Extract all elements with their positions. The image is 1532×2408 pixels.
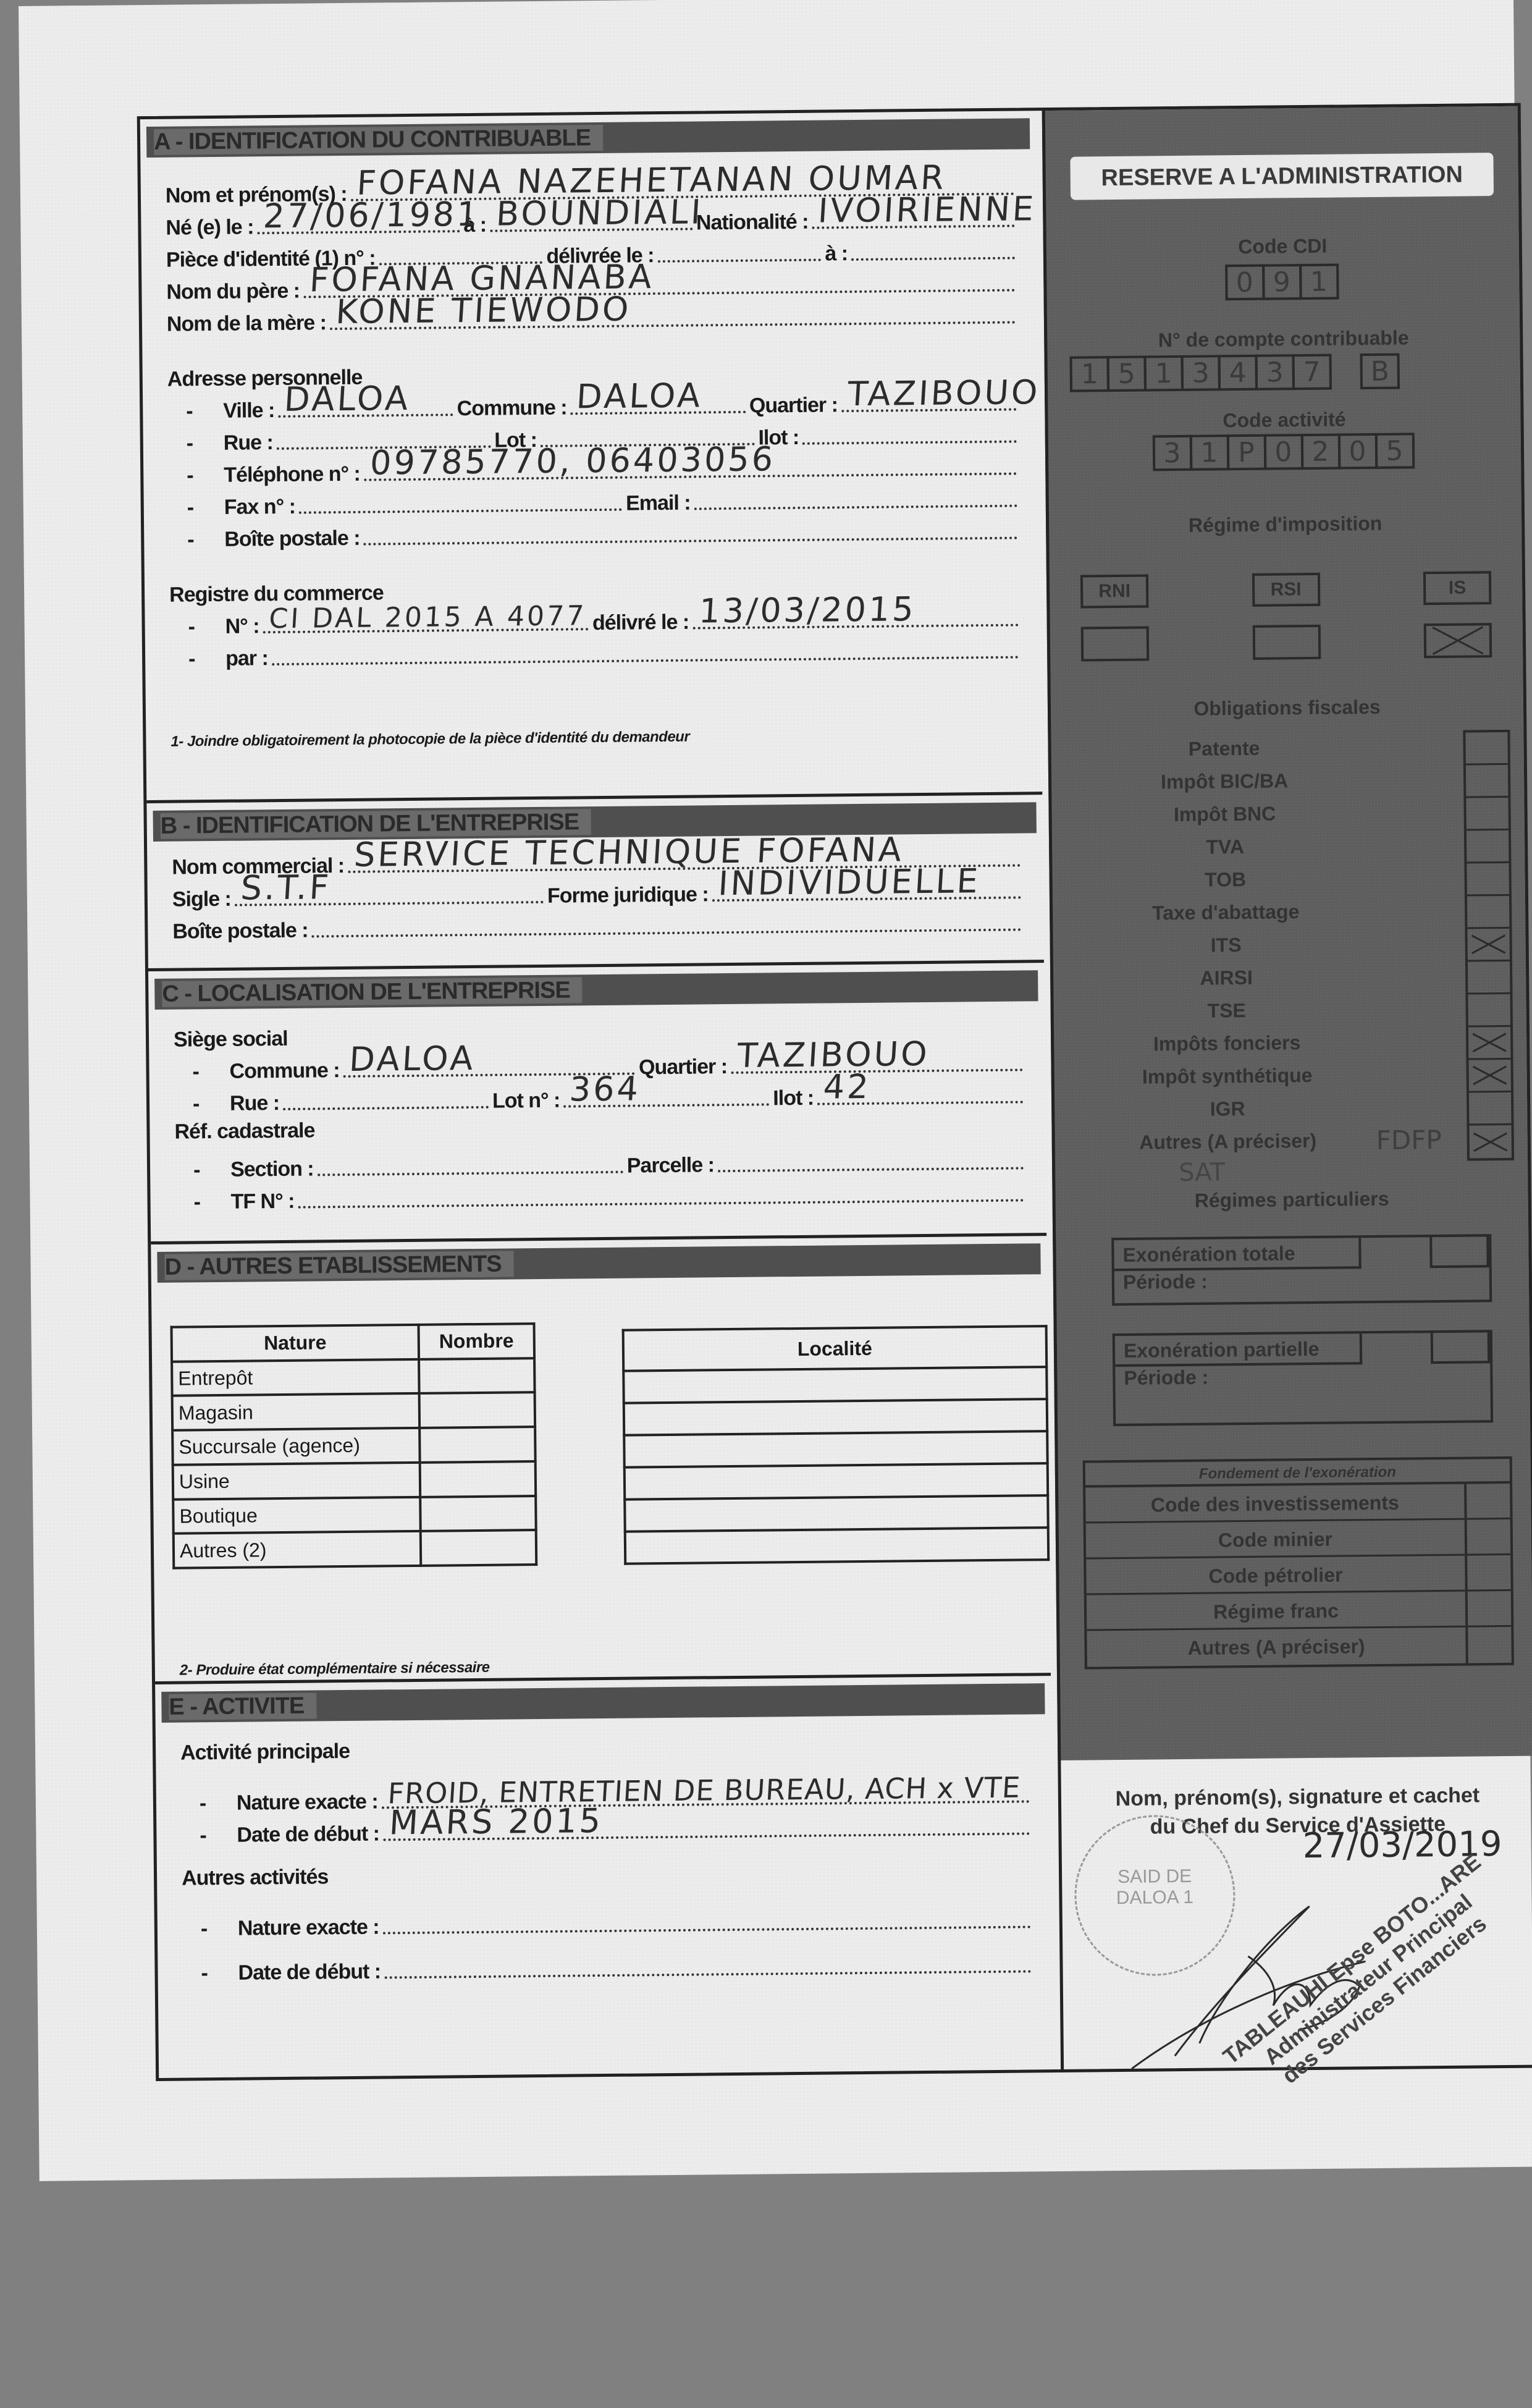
autres-nature-value[interactable]	[382, 1903, 1031, 1934]
ville-value: DALOA	[283, 379, 411, 419]
nationalite-value: IVOIRIENNE	[817, 189, 1037, 230]
table-row: Boutique	[173, 1496, 536, 1534]
registre-numero-value: CI DAL 2015 A 4077	[268, 600, 587, 635]
localite-cell[interactable]	[625, 1527, 1049, 1564]
delivree-le-value[interactable]	[657, 237, 821, 263]
etablissements-table: NatureNombre Entrepôt Magasin Succursale…	[170, 1322, 538, 1569]
fax-value[interactable]	[299, 486, 623, 514]
autres-activites-heading: Autres activités	[182, 1858, 1053, 1891]
rni-checkbox[interactable]	[1081, 626, 1150, 661]
section-d: D - AUTRES ETABLISSEMENTS NatureNombre E…	[151, 1243, 1051, 1684]
telephone-value: 09785770, 06403056	[369, 439, 777, 482]
regime-options: RNI RSI IS	[1080, 571, 1492, 661]
section-d-footnote: 2- Produire état complémentaire si néces…	[180, 1654, 1051, 1679]
code-cdi-label: Code CDI	[1046, 233, 1519, 260]
c-ilot-value: 42	[822, 1067, 872, 1107]
table-row: Entrepôt	[172, 1358, 534, 1396]
field-autres-nature[interactable]: -Nature exacte :	[238, 1901, 1035, 1940]
nombre-cell[interactable]	[419, 1392, 535, 1427]
autres-date-value[interactable]	[384, 1948, 1032, 1979]
table-row: Succursale (agence)	[172, 1427, 535, 1464]
c-parcelle-value[interactable]	[718, 1144, 1024, 1172]
table-row	[625, 1495, 1048, 1532]
exo-totale-checkbox[interactable]	[1429, 1234, 1489, 1268]
regime-rsi[interactable]: RSI	[1252, 573, 1320, 660]
section-c: C - LOCALISATION DE L'ENTREPRISE Siège s…	[148, 970, 1046, 1244]
c-lot-value: 364	[568, 1069, 642, 1109]
table-row	[625, 1527, 1049, 1564]
igr-checkbox[interactable]	[1469, 1092, 1512, 1126]
taxpayer-column: A - IDENTIFICATION DU CONTRIBUABLE Nom e…	[140, 111, 1054, 2078]
regime-is[interactable]: IS	[1423, 571, 1492, 658]
its-checkbox-checked[interactable]	[1467, 929, 1510, 962]
nombre-cell[interactable]	[419, 1358, 534, 1393]
form-page: A - IDENTIFICATION DU CONTRIBUABLE Nom e…	[19, 0, 1532, 2181]
code-activite-label: Code activité	[1048, 407, 1520, 434]
delivree-a-value[interactable]	[851, 235, 1015, 261]
bnc-checkbox[interactable]	[1466, 798, 1509, 831]
fondement-checkbox[interactable]	[1468, 1591, 1512, 1626]
fondement-row: Autres (A préciser)	[1087, 1627, 1512, 1667]
table-row	[623, 1367, 1047, 1403]
rsi-checkbox[interactable]	[1252, 625, 1321, 660]
obligations-label: Obligations fiscales	[1051, 695, 1523, 722]
admin-title: RESERVE A L'ADMINISTRATION	[1070, 153, 1494, 200]
exo-partielle-checkbox[interactable]	[1431, 1330, 1491, 1364]
localite-cell[interactable]	[624, 1431, 1048, 1468]
fondement-row: Code pétrolier	[1086, 1555, 1511, 1595]
table-row: Autres (2)	[174, 1530, 536, 1568]
field-boite-postale[interactable]: -Boîte postale :	[224, 512, 1021, 551]
quartier-value: TAZIBOUO	[846, 373, 1041, 413]
airsi-checkbox[interactable]	[1468, 961, 1510, 995]
fondement-checkbox[interactable]	[1468, 1627, 1512, 1663]
compte-key: B	[1360, 353, 1400, 390]
form-frame: A - IDENTIFICATION DU CONTRIBUABLE Nom e…	[137, 103, 1532, 2081]
c-commune-value: DALOA	[348, 1039, 476, 1079]
section-e-header: E - ACTIVITE	[161, 1683, 1045, 1723]
section-a-footnote: 1- Joindre obligatoirement la photocopie…	[170, 725, 1042, 751]
col-localite: Localité	[623, 1326, 1046, 1371]
obligations-checkboxes	[1463, 730, 1514, 1161]
localite-cell[interactable]	[625, 1495, 1048, 1532]
registre-par-value[interactable]	[272, 634, 1019, 666]
fondement-checkbox[interactable]	[1467, 1555, 1511, 1590]
registre-date-value: 13/03/2015	[697, 589, 917, 630]
localite-table: Localité	[621, 1325, 1050, 1565]
compte-contribuable-label: N° de compte contribuable	[1047, 326, 1520, 353]
c-section-value[interactable]	[317, 1149, 623, 1177]
ne-a-value: BOUNDIALI	[495, 192, 704, 233]
admin-panel: RESERVE A L'ADMINISTRATION Code CDI 0 9 …	[1042, 106, 1532, 1760]
regime-label: Régime d'imposition	[1049, 511, 1521, 538]
field-c-rue[interactable]: -Rue : Lot n° :364 Ilot :42	[230, 1076, 1027, 1115]
tse-checkbox[interactable]	[1468, 994, 1510, 1028]
synthetique-checkbox-checked[interactable]	[1468, 1060, 1511, 1093]
col-nature: Nature	[172, 1325, 419, 1362]
obligations-list: Patente Impôt BIC/BA Impôt BNC TVA TOB T…	[1051, 730, 1528, 1185]
section-d-header: D - AUTRES ETABLISSEMENTS	[157, 1243, 1040, 1283]
b-boite-postale-value[interactable]	[311, 906, 1021, 937]
boite-postale-value[interactable]	[363, 515, 1017, 546]
fondement-table: Fondement de l'exonération Code des inve…	[1083, 1456, 1514, 1670]
code-activite-boxes[interactable]: 3 1 P 0 2 0 5	[1048, 432, 1521, 472]
is-checkbox-checked[interactable]	[1424, 623, 1492, 658]
fondement-row: Code minier	[1086, 1519, 1511, 1560]
ilot-value[interactable]	[802, 418, 1017, 445]
compte-contribuable-boxes[interactable]: 1 5 1 3 4 3 7 B	[1072, 352, 1521, 392]
localite-cell[interactable]	[623, 1367, 1047, 1403]
section-a: A - IDENTIFICATION DU CONTRIBUABLE Nom e…	[140, 118, 1042, 803]
table-row	[625, 1463, 1048, 1500]
table-row	[624, 1399, 1048, 1435]
field-c-tf[interactable]: -TF N° :	[230, 1174, 1027, 1214]
section-e: E - ACTIVITE Activité principale -Nature…	[155, 1683, 1054, 2087]
fondement-row: Régime franc	[1087, 1591, 1512, 1631]
ne-le-value: 27/06/1981	[262, 195, 481, 235]
c-tf-value[interactable]	[298, 1177, 1024, 1208]
tob-checkbox[interactable]	[1467, 863, 1509, 897]
commune-value: DALOA	[576, 376, 704, 416]
tva-checkbox[interactable]	[1467, 830, 1509, 864]
abattage-checkbox[interactable]	[1467, 896, 1510, 929]
email-value[interactable]	[694, 483, 1017, 510]
signature-area: Nom, prénom(s), signature et cachet du C…	[1058, 1756, 1532, 2072]
c-rue-value[interactable]	[283, 1084, 489, 1110]
section-b: B - IDENTIFICATION DE L'ENTREPRISE Nom c…	[147, 802, 1044, 971]
regimes-particuliers-label: Régimes particuliers	[1055, 1186, 1528, 1214]
field-registre-par[interactable]: -par :	[225, 631, 1022, 670]
regime-rni[interactable]: RNI	[1080, 574, 1149, 661]
nombre-cell[interactable]	[420, 1496, 536, 1531]
sigle-value: S.T.F	[240, 868, 332, 907]
section-c-header: C - LOCALISATION DE L'ENTREPRISE	[154, 970, 1038, 1010]
table-row: Magasin	[172, 1392, 535, 1430]
fondement-checkbox[interactable]	[1467, 1484, 1510, 1518]
nombre-cell[interactable]	[419, 1427, 535, 1462]
patente-checkbox[interactable]	[1465, 732, 1508, 766]
nombre-cell[interactable]	[421, 1530, 536, 1566]
fondement-checkbox[interactable]	[1467, 1519, 1511, 1554]
table-row	[624, 1431, 1048, 1468]
code-cdi-boxes[interactable]: 0 9 1	[1046, 262, 1520, 302]
col-nombre: Nombre	[419, 1324, 534, 1359]
autres-handwritten: FDFP	[1376, 1123, 1441, 1157]
exo-totale-box: Exonération totale Période :	[1111, 1234, 1492, 1306]
date-debut-value: MARS 2015	[388, 1801, 604, 1842]
cadastre-heading: Réf. cadastrale	[174, 1112, 1045, 1144]
nom-mere-value: KONE TIEWODO	[335, 289, 632, 331]
bic-checkbox[interactable]	[1466, 765, 1509, 798]
fonciers-checkbox-checked[interactable]	[1468, 1027, 1511, 1060]
exo-partielle-box: Exonération partielle Période :	[1113, 1330, 1493, 1426]
fondement-row: Code des investissements	[1085, 1484, 1510, 1524]
field-autres-date[interactable]: -Date de début :	[238, 1945, 1035, 1985]
localite-cell[interactable]	[624, 1399, 1048, 1435]
forme-juridique-value: INDIVIDUELLE	[717, 861, 982, 903]
activite-principale-heading: Activité principale	[180, 1733, 1051, 1765]
nombre-cell[interactable]	[420, 1461, 536, 1497]
autres-checkbox-checked[interactable]	[1469, 1125, 1512, 1159]
localite-cell[interactable]	[625, 1463, 1048, 1500]
table-row: Usine	[173, 1461, 536, 1499]
